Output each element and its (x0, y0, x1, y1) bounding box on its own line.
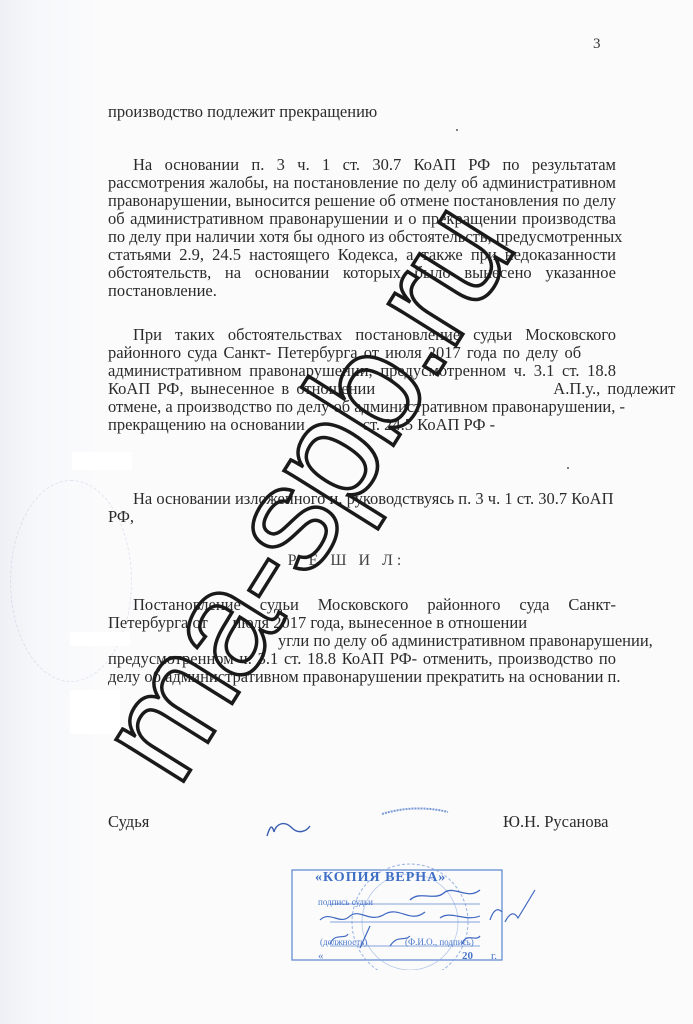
page-number: 3 (593, 36, 601, 53)
stamp-label-signature: подпись судьи (318, 897, 373, 907)
decision-heading: Р Е Ш И Л: (0, 552, 693, 570)
signature-name: Ю.Н. Русанова (503, 812, 609, 832)
speck (567, 467, 569, 469)
document-page: 3 производство подлежит прекращению На о… (0, 0, 693, 1024)
stamp-date-suffix: г. (491, 950, 497, 962)
handwritten-signature-icon (262, 814, 322, 844)
stamp-edge-icon (380, 806, 450, 816)
stamp-label-position: (должность) (320, 937, 367, 947)
intro-line: производство подлежит прекращению (108, 103, 377, 121)
redaction-box (72, 452, 132, 470)
stamp-date-year: 20 (462, 950, 473, 962)
redaction-box (70, 690, 120, 734)
stamp-date-open: « (318, 950, 324, 962)
redaction-box (70, 632, 130, 646)
speck (456, 129, 458, 131)
signature-role: Судья (108, 812, 149, 832)
stamp-label-name: (Ф.И.О., подпись) (405, 937, 474, 947)
stamp-title: «КОПИЯ ВЕРНА» (315, 870, 446, 886)
